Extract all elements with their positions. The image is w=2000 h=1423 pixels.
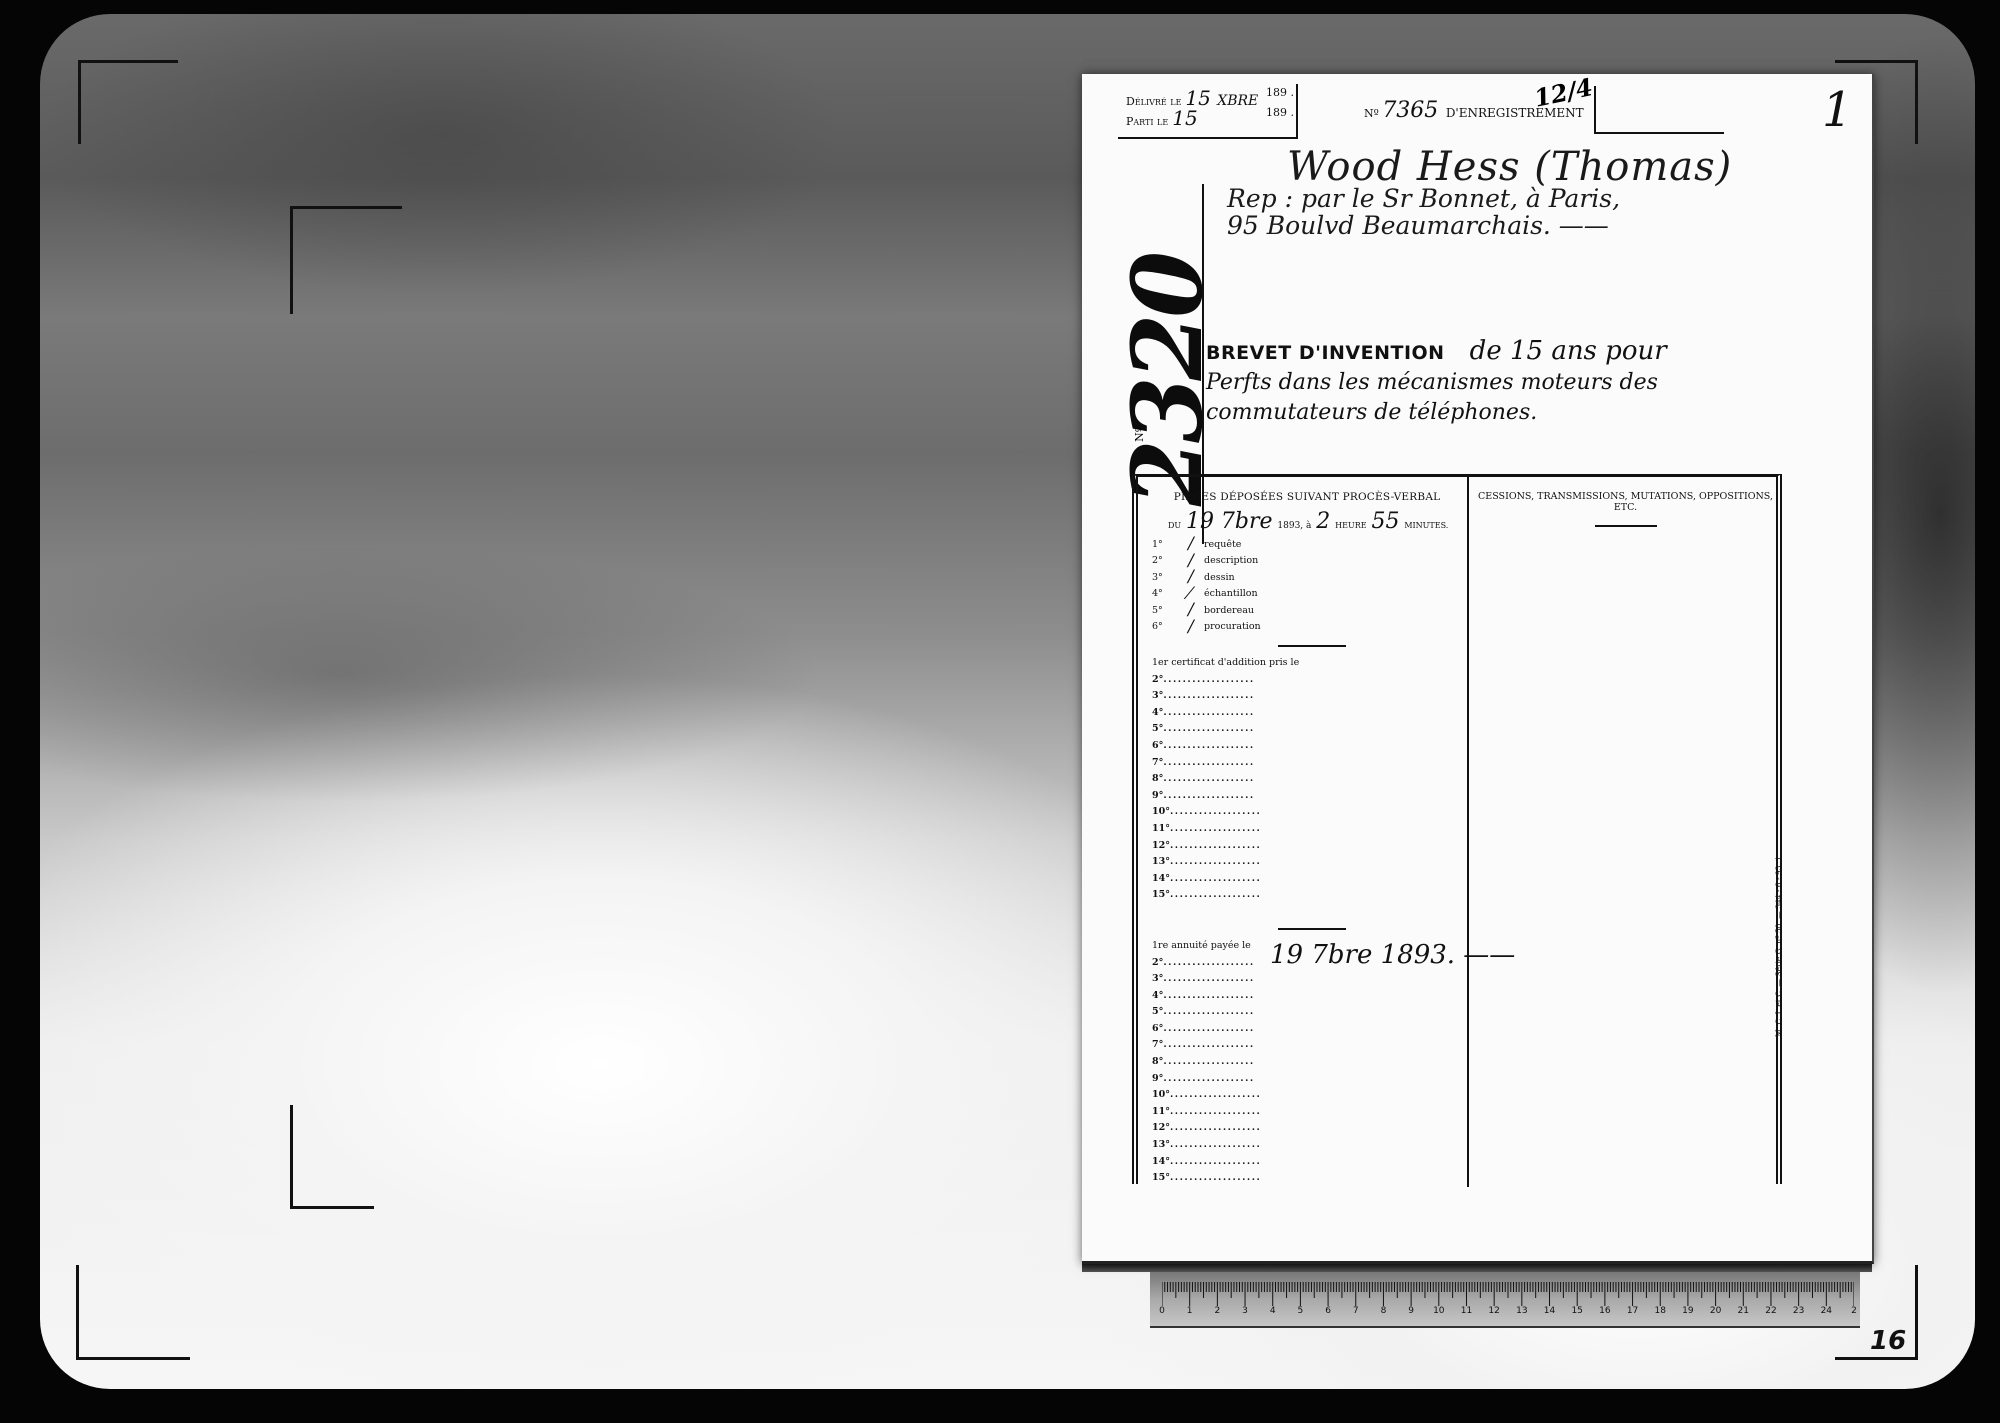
register-table: PIÈCES DÉPOSÉES SUIVANT PROCÈS-VERBAL DU… [1132, 474, 1782, 1184]
row-number: 4° [1152, 707, 1163, 718]
ruler-label: 16 [1599, 1306, 1610, 1316]
pv-day: 19 [1186, 509, 1214, 534]
piece-label: requête [1204, 539, 1241, 550]
row-dots: ................... [1170, 806, 1261, 817]
row-number: 13° [1152, 856, 1170, 867]
row-number: 14° [1152, 1156, 1170, 1167]
numbered-row: 8°................... [1152, 1056, 1272, 1073]
ruler-ticks [1162, 1282, 1854, 1306]
column-divider [1467, 477, 1469, 1187]
printer-mark: M. C. I. et C. — Série G, nº 50. — 344 -… [1774, 856, 1783, 1037]
row-dots: ................... [1170, 889, 1261, 900]
ruler-label: 0 [1159, 1306, 1165, 1316]
row-dots: ................... [1163, 1056, 1254, 1067]
ruler-label: 2 [1214, 1306, 1220, 1316]
row-dots: ................... [1170, 856, 1261, 867]
row-number: 15° [1152, 889, 1170, 900]
row-number: 4° [1152, 990, 1163, 1001]
row-number: 9° [1152, 790, 1163, 801]
piece-label: description [1204, 555, 1258, 566]
row-dots: ................... [1163, 790, 1254, 801]
pieces-column: PIÈCES DÉPOSÉES SUIVANT PROCÈS-VERBAL DU… [1152, 491, 1462, 1189]
crop-mark-bottom-left-inner [290, 1105, 374, 1209]
owner-address: 95 Boulvd Beaumarchais. —— [1227, 211, 1827, 240]
patent-number-prefix: Nº [1133, 427, 1146, 442]
numbered-row: 3°................... [1152, 973, 1272, 990]
ruler-label: 22 [1765, 1306, 1776, 1316]
numbered-row: 9°................... [1152, 790, 1272, 807]
row-dots: ................... [1163, 690, 1254, 701]
ruler-label: 20 [1710, 1306, 1721, 1316]
crop-mark-top-left-outer [78, 60, 178, 144]
row-number: 9° [1152, 1073, 1163, 1084]
numbered-row: 12°................... [1152, 1122, 1272, 1139]
row-number: 14° [1152, 873, 1170, 884]
row-dots: ................... [1163, 1039, 1254, 1050]
row-dots: ................... [1170, 1156, 1261, 1167]
ruler-label: 12 [1488, 1306, 1499, 1316]
piece-label: dessin [1204, 572, 1235, 583]
pieces-date: DU 19 7bre 1893, à 2 HEURE 55 MINUTES. [1168, 509, 1462, 534]
crop-mark-top-left-inner [290, 206, 402, 314]
parti-label: Parti le [1126, 115, 1168, 128]
row-number: 5° [1152, 723, 1163, 734]
row-number: 11° [1152, 1106, 1170, 1117]
numbered-row: 12°................... [1152, 840, 1272, 857]
registration-box [1594, 86, 1724, 134]
piece-check-mark: / [1188, 617, 1204, 637]
measurement-ruler: 0123456789101112131415161718192021222324… [1150, 1272, 1860, 1328]
row-dots: ................... [1170, 1106, 1261, 1117]
row-number: 5° [1152, 1006, 1163, 1017]
ruler-label: 8 [1381, 1306, 1387, 1316]
row-number: 3° [1152, 973, 1163, 984]
row-number: 12° [1152, 1122, 1170, 1133]
row-number: 7° [1152, 757, 1163, 768]
piece-number: 1° [1152, 539, 1188, 550]
piece-number: 3° [1152, 572, 1188, 583]
piece-label: procuration [1204, 621, 1261, 632]
piece-number: 2° [1152, 555, 1188, 566]
piece-number: 6° [1152, 621, 1188, 632]
row-number: 8° [1152, 773, 1163, 784]
delivre-year: 189 . [1266, 86, 1294, 99]
piece-number: 5° [1152, 605, 1188, 616]
brevet-title: BREVET D'INVENTION [1206, 342, 1445, 364]
owner-representative: Rep : par le Sr Bonnet, à Paris, [1227, 184, 1827, 213]
ruler-label: 2 [1851, 1306, 1857, 1316]
numbered-row: 13°................... [1152, 1139, 1272, 1156]
ruler-label: 15 [1571, 1306, 1582, 1316]
numbered-row: 2°................... [1152, 674, 1272, 691]
row-dots: ................... [1163, 1006, 1254, 1017]
parti-value: 15 [1172, 106, 1197, 130]
numbered-row: 5°................... [1152, 1006, 1272, 1023]
ruler-label: 17 [1627, 1306, 1638, 1316]
numbered-row: 13°................... [1152, 856, 1272, 873]
du-label: DU [1168, 521, 1181, 530]
ruler-labels: 0123456789101112131415161718192021222324… [1158, 1306, 1858, 1322]
row-dots: ................... [1170, 873, 1261, 884]
section-rule [1278, 928, 1346, 930]
numbered-row: 15°................... [1152, 889, 1272, 906]
patent-register-sheet: Délivré le15 xbre 189 . Parti le15 189 .… [1082, 74, 1874, 1264]
numbered-row: 10°................... [1152, 1089, 1272, 1106]
numbered-row: 14°................... [1152, 1156, 1272, 1173]
certificates-list: 1er certificat d'addition pris le 2°....… [1152, 657, 1462, 906]
row-number: 15° [1152, 1172, 1170, 1183]
pv-year: 1893, à [1277, 521, 1311, 531]
row-dots: ................... [1170, 1139, 1261, 1150]
row-number: 10° [1152, 806, 1170, 817]
certificate-first-row: 1er certificat d'addition pris le [1152, 657, 1352, 674]
ruler-label: 4 [1270, 1306, 1276, 1316]
numbered-row: 8°................... [1152, 773, 1272, 790]
ruler-label: 23 [1793, 1306, 1804, 1316]
ruler-label: 14 [1544, 1306, 1555, 1316]
numbered-row: 9°................... [1152, 1073, 1272, 1090]
row-dots: ................... [1163, 1073, 1254, 1084]
hour-label: HEURE [1335, 521, 1366, 530]
brevet-duration: de 15 ans pour [1470, 336, 1667, 366]
piece-item: 6°/procuration [1152, 619, 1462, 636]
row-dots: ................... [1170, 1172, 1261, 1183]
row-dots: ................... [1163, 674, 1254, 685]
brevet-object-line-2: commutateurs de téléphones. [1206, 400, 1846, 426]
annuity-first-label: 1re annuité payée le [1152, 940, 1251, 951]
numbered-row: 11°................... [1152, 823, 1272, 840]
pv-hour: 2 [1316, 509, 1330, 534]
numbered-row: 15°................... [1152, 1172, 1272, 1189]
row-dots: ................... [1163, 990, 1254, 1001]
pieces-title: PIÈCES DÉPOSÉES SUIVANT PROCÈS-VERBAL [1152, 491, 1462, 503]
ruler-label: 9 [1408, 1306, 1414, 1316]
section-rule [1278, 645, 1346, 647]
row-number: 13° [1152, 1139, 1170, 1150]
row-number: 11° [1152, 823, 1170, 834]
numbered-row: 5°................... [1152, 723, 1272, 740]
row-number: 12° [1152, 840, 1170, 851]
ruler-label: 6 [1325, 1306, 1331, 1316]
pv-month: 7bre [1221, 509, 1273, 534]
annuity-first-value: 19 7bre 1893. —— [1270, 940, 1515, 970]
ruler-label: 3 [1242, 1306, 1248, 1316]
numbered-row: 4°................... [1152, 990, 1272, 1007]
ruler-label: 19 [1682, 1306, 1693, 1316]
row-dots: ................... [1163, 740, 1254, 751]
ruler-label: 18 [1655, 1306, 1666, 1316]
row-dots: ................... [1163, 773, 1254, 784]
row-number: 6° [1152, 740, 1163, 751]
row-number: 3° [1152, 690, 1163, 701]
piece-label: échantillon [1204, 588, 1258, 599]
brevet-block: BREVET D'INVENTION de 15 ans pour Perfts… [1206, 336, 1846, 426]
piece-number: 4° [1152, 588, 1188, 599]
registration-label: D'ENREGISTREMENT [1446, 106, 1584, 120]
minutes-label: MINUTES. [1404, 521, 1448, 530]
row-dots: ................... [1163, 707, 1254, 718]
row-number: 8° [1152, 1056, 1163, 1067]
numbered-row: 6°................... [1152, 740, 1272, 757]
cessions-title: CESSIONS, TRANSMISSIONS, MUTATIONS, OPPO… [1473, 491, 1778, 513]
owner-block: Wood Hess (Thomas) Rep : par le Sr Bonne… [1227, 144, 1827, 240]
numbered-row: 14°................... [1152, 873, 1272, 890]
row-number: 2° [1152, 957, 1163, 968]
plate-number: 16 [1870, 1326, 1906, 1356]
ruler-label: 10 [1433, 1306, 1444, 1316]
row-dots: ................... [1163, 757, 1254, 768]
cessions-rule [1595, 525, 1657, 527]
folio-number: 1 [1822, 82, 1853, 138]
pv-minutes: 55 [1371, 509, 1399, 534]
ruler-label: 11 [1461, 1306, 1472, 1316]
piece-label: bordereau [1204, 605, 1254, 616]
crop-mark-bottom-left-outer [76, 1265, 190, 1360]
numbered-row: 2°................... [1152, 957, 1272, 974]
parti-year: 189 . [1266, 106, 1294, 119]
numbered-row: 10°................... [1152, 806, 1272, 823]
numbered-row: 3°................... [1152, 690, 1272, 707]
row-dots: ................... [1163, 723, 1254, 734]
ruler-label: 5 [1298, 1306, 1304, 1316]
row-number: 6° [1152, 1023, 1163, 1034]
row-dots: ................... [1163, 1023, 1254, 1034]
ruler-label: 13 [1516, 1306, 1527, 1316]
ruler-label: 7 [1353, 1306, 1359, 1316]
row-number: 10° [1152, 1089, 1170, 1100]
numbered-row: 6°................... [1152, 1023, 1272, 1040]
row-number: 7° [1152, 1039, 1163, 1050]
cessions-column: CESSIONS, TRANSMISSIONS, MUTATIONS, OPPO… [1473, 491, 1778, 527]
pieces-list: 1°/requête2°/description3°/dessin4°⁄écha… [1152, 536, 1462, 635]
ruler-label: 24 [1821, 1306, 1832, 1316]
ruler-label: 21 [1738, 1306, 1749, 1316]
registration-prefix: Nº [1364, 107, 1379, 120]
numbered-row: 4°................... [1152, 707, 1272, 724]
registration-value: 7365 [1382, 98, 1438, 123]
row-dots: ................... [1163, 957, 1254, 968]
row-number: 2° [1152, 674, 1163, 685]
row-dots: ................... [1170, 1122, 1261, 1133]
brevet-object-line-1: Perfts dans les mécanismes moteurs des [1206, 370, 1846, 396]
numbered-row: 7°................... [1152, 1039, 1272, 1056]
parti-line: Parti le15 189 . [1126, 106, 1296, 130]
row-dots: ................... [1170, 840, 1261, 851]
row-dots: ................... [1163, 973, 1254, 984]
registration-fraction: 12/4 [1532, 72, 1596, 113]
numbered-row: 7°................... [1152, 757, 1272, 774]
row-dots: ................... [1170, 1089, 1261, 1100]
annuities-list: 1re annuité payée le 19 7bre 1893. —— 2°… [1152, 940, 1462, 1189]
numbered-row: 11°................... [1152, 1106, 1272, 1123]
row-dots: ................... [1170, 823, 1261, 834]
ruler-label: 1 [1187, 1306, 1193, 1316]
